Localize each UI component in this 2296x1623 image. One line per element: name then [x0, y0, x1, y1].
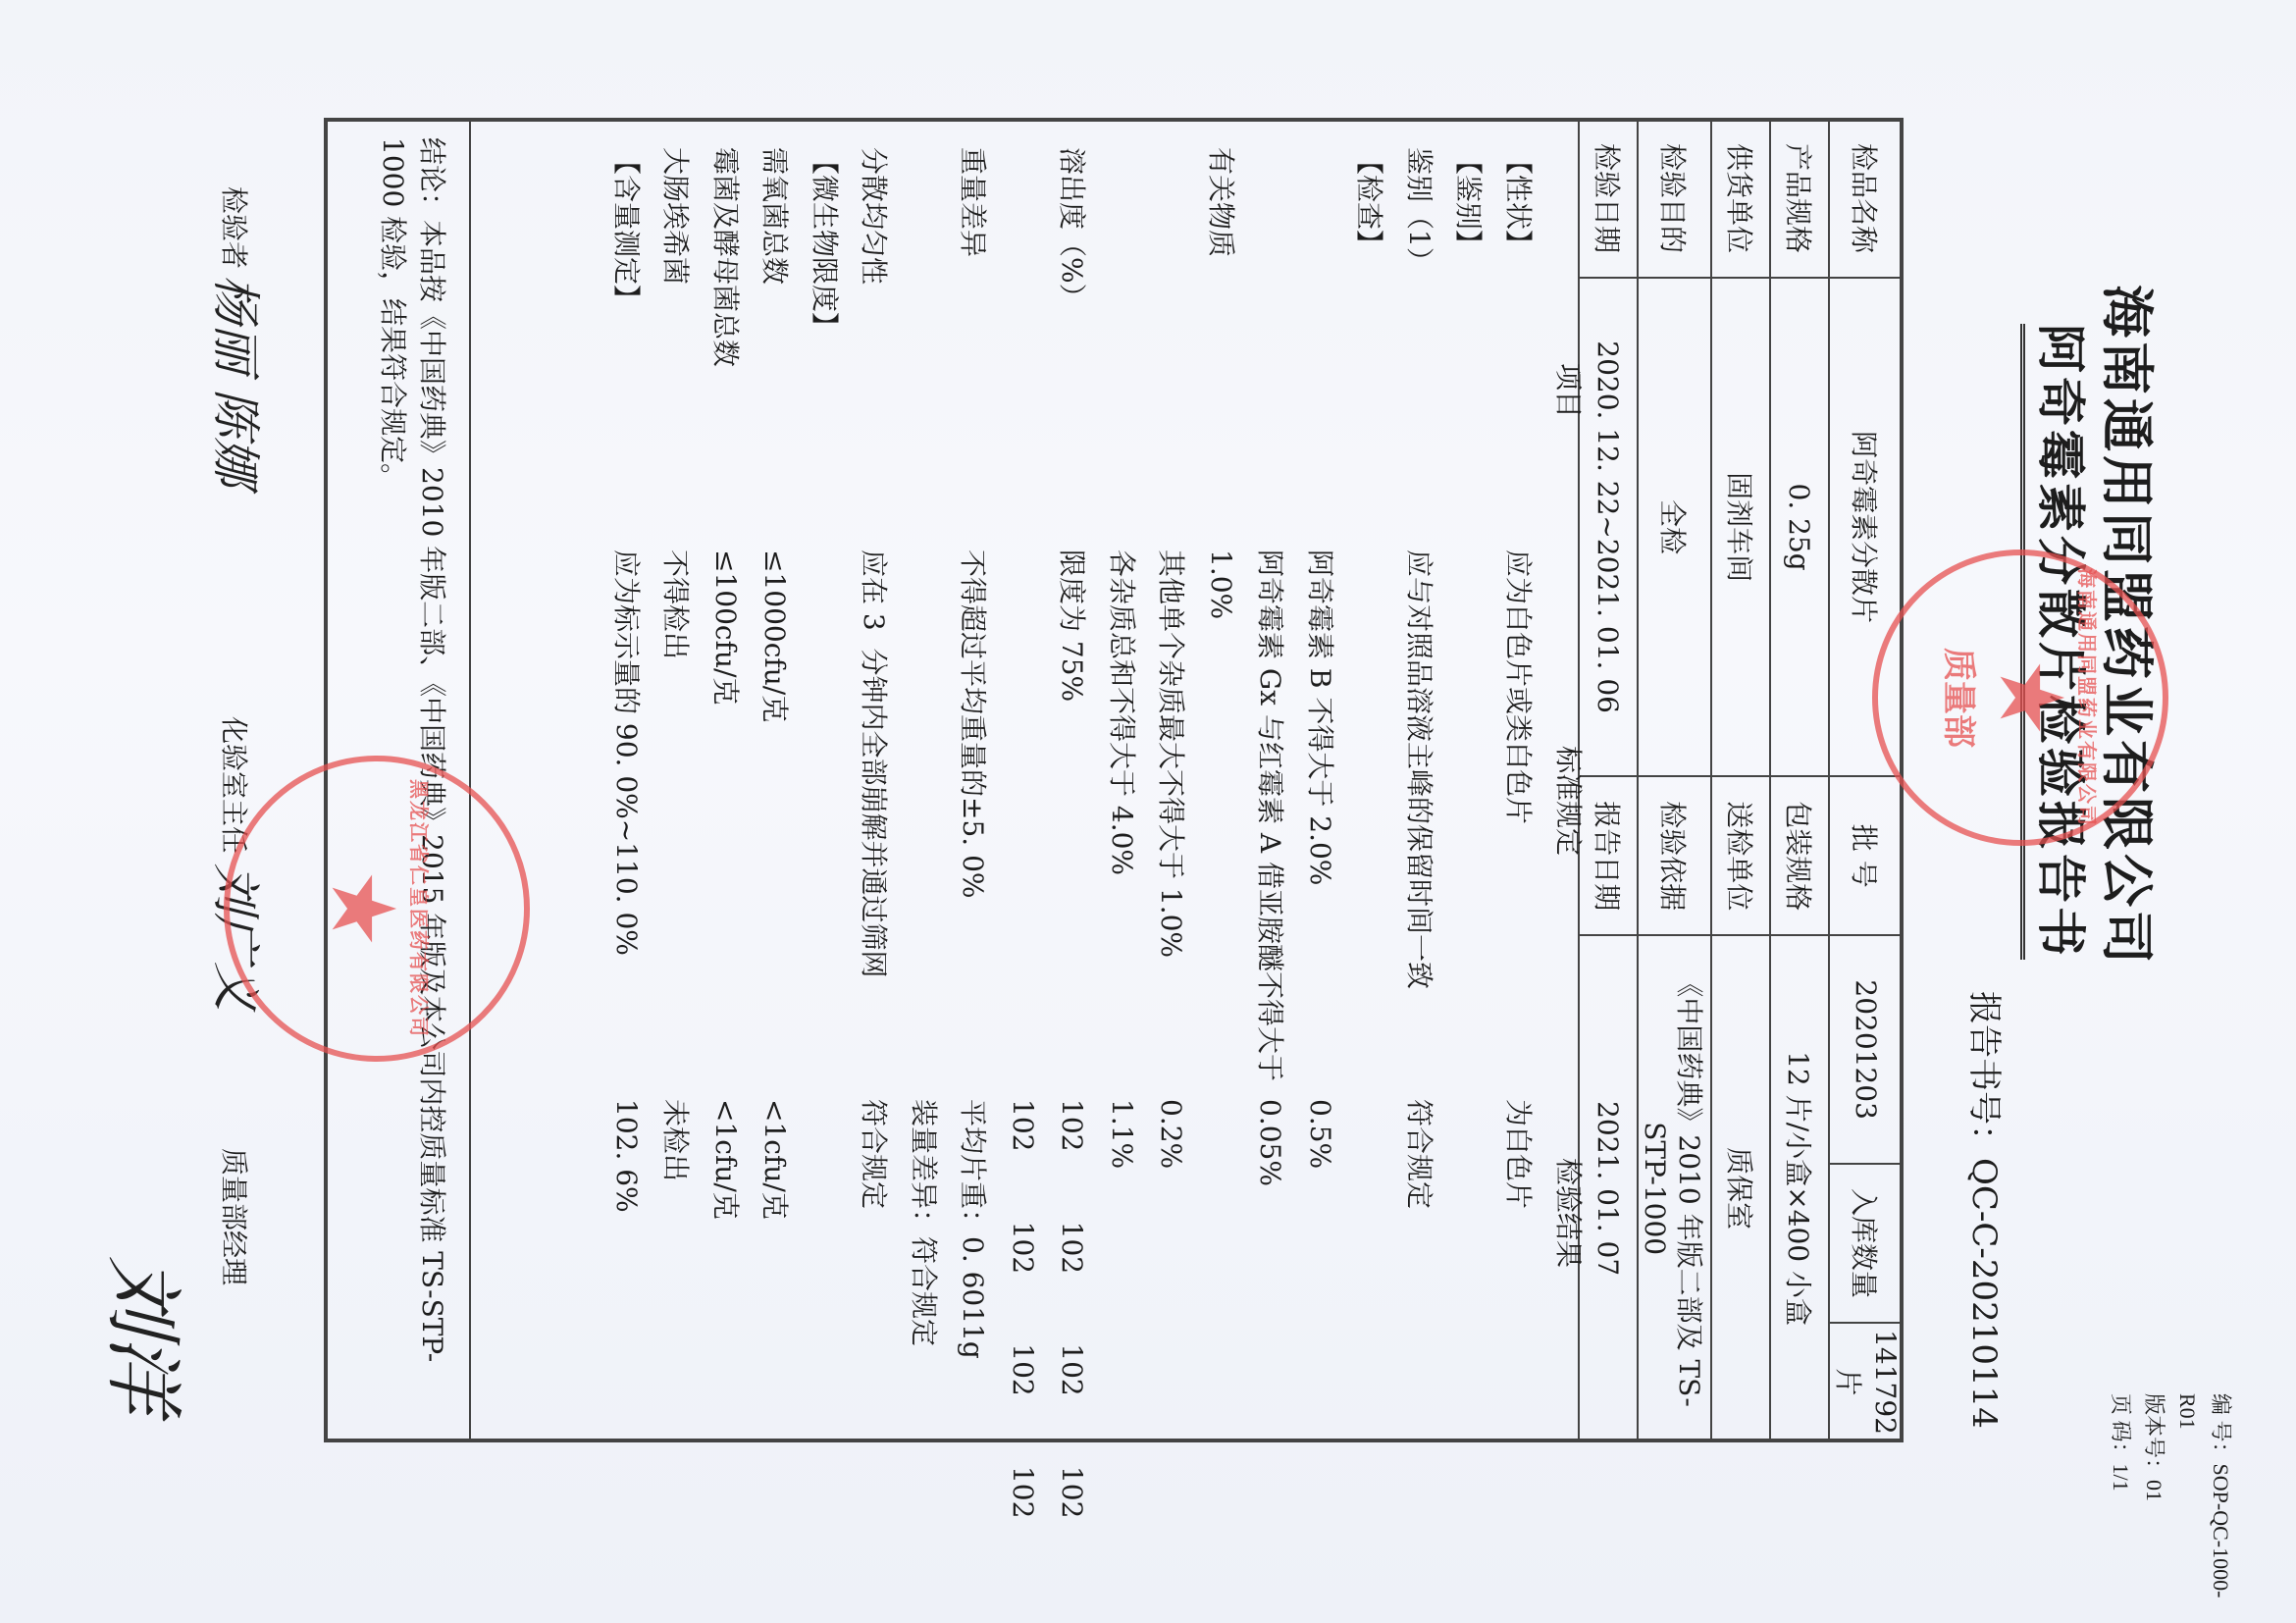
result-standard: 不得超过平均重量的±5. 0% [956, 550, 991, 899]
result-item: 重量差异 [956, 147, 991, 257]
info-label: 供货单位 [1711, 119, 1770, 278]
result-standard: 各杂质总和不得大于 4.0% [1104, 550, 1139, 875]
result-item: 有关物质 [1203, 147, 1238, 257]
result-item: 需氧菌总数 [757, 147, 793, 285]
doc-meta: 编 号：SOP-QC-1000-R01 版本号：01 页 码：1/1 [2104, 1393, 2237, 1623]
info-label: 检验目的 [1638, 119, 1711, 278]
qa-manager-signature: 刘洋 [93, 1256, 206, 1413]
result-value: <1cfu/克 [757, 1099, 793, 1220]
report-page: 编 号：SOP-QC-1000-R01 版本号：01 页 码：1/1 海南通用同… [0, 0, 2296, 1623]
info-row: 供货单位 固剂车间 送检单位 质保室 [1711, 119, 1770, 1441]
result-standard: ≤1000cfu/克 [757, 550, 793, 722]
supplier: 固剂车间 [1711, 278, 1770, 776]
result-standard: ≤100cfu/克 [707, 550, 743, 705]
info-label: 产品规格 [1770, 119, 1829, 278]
result-value: 1.1% [1104, 1099, 1139, 1169]
distributor-stamp: 黑龙江省仁皇医药有限公司 ★ [224, 756, 530, 1062]
version: 01 [2142, 1480, 2166, 1501]
info-row: 检验目的 全检 检验依据 《中国药典》2010 年版二部及 TS-STP-100… [1638, 119, 1711, 1441]
result-value: 102. 6% [608, 1099, 644, 1213]
submitting-unit: 质保室 [1711, 935, 1770, 1441]
result-item: 溶出度（%） [1055, 147, 1090, 311]
result-standard: 其他单个杂质最大不得大于 1.0% [1154, 550, 1189, 958]
result-value: 为白色片 [1500, 1099, 1536, 1209]
conclusion-divider [469, 118, 471, 1442]
result-item: 【检查】 [1352, 147, 1387, 257]
result-value: 未检出 [658, 1099, 694, 1181]
result-item: 大肠埃希菌 [658, 147, 694, 285]
stamp-department: 质量部 [1938, 648, 1986, 748]
product-spec: 0. 25g [1770, 278, 1829, 776]
info-label: 入库数量 [1829, 1164, 1903, 1323]
result-value: 0.05% [1253, 1099, 1288, 1186]
result-value: 102 102 102 102 [1055, 1099, 1090, 1518]
report-number: 报告书号：QC-C-20210114 [1963, 991, 2011, 1429]
info-label: 批 号 [1829, 776, 1903, 935]
result-value: 符合规定 [857, 1099, 892, 1209]
info-label: 包装规格 [1770, 776, 1829, 935]
result-standard: 应为白色片或类白色片 [1500, 550, 1536, 824]
report-number-label: 报告书号： [1964, 991, 2004, 1158]
result-item: 【含量测定】 [608, 147, 644, 312]
result-value: 装量差异：符合规定 [906, 1099, 941, 1346]
info-label: 检验依据 [1638, 776, 1711, 935]
inspector-label: 检验者 [216, 186, 255, 269]
info-table: 检品名称 阿奇霉素分散片 批 号 20201203 入库数量 141792 片 … [1578, 118, 1904, 1442]
doc-code-label: 编 号： [2209, 1393, 2233, 1464]
test-purpose: 全检 [1638, 278, 1711, 776]
result-standard: 应与对照品溶液主峰的保留时间一致 [1401, 550, 1436, 989]
info-label: 检验日期 [1579, 119, 1638, 278]
inspector-signature: 杨丽 陈娜 [204, 275, 275, 487]
result-item: 【性状】 [1500, 147, 1536, 257]
result-value: 0.5% [1302, 1099, 1337, 1169]
result-value: <1cfu/克 [707, 1099, 743, 1220]
col-header-item: 项目 [1550, 363, 1590, 418]
result-value: 102 102 102 102 [1005, 1099, 1040, 1518]
result-standard: 阿奇霉素 Gx 与红霉素 A 借亚胺醚不得大于 [1253, 550, 1288, 1081]
result-item: 霉菌及酵母菌总数 [707, 147, 743, 367]
result-item: 【微生物限度】 [807, 147, 842, 340]
version-label: 版本号： [2142, 1393, 2166, 1480]
result-item: 鉴别（1） [1401, 147, 1436, 275]
result-item: 分散均匀性 [857, 147, 892, 285]
report-number-value: QC-C-20210114 [1964, 1158, 2004, 1429]
test-date: 2020. 12. 22~2021. 01. 06 [1579, 278, 1638, 776]
stock-quantity: 141792 片 [1829, 1323, 1903, 1441]
star-icon: ★ [1986, 658, 2074, 738]
result-value: 平均片重：0. 6011g [956, 1099, 991, 1359]
batch-number: 20201203 [1829, 935, 1903, 1164]
result-standard: 限度为 75% [1055, 550, 1090, 702]
result-value: 符合规定 [1401, 1099, 1436, 1209]
result-standard: 应为标示量的 90. 0%~110. 0% [608, 550, 644, 956]
result-item: 【鉴别】 [1451, 147, 1487, 257]
star-icon: ★ [319, 869, 407, 949]
info-label: 送检单位 [1711, 776, 1770, 935]
test-basis: 《中国药典》2010 年版二部及 TS-STP-1000 [1638, 935, 1711, 1441]
result-standard: 1.0% [1203, 550, 1238, 619]
result-standard: 阿奇霉素 B 不得大于 2.0% [1302, 550, 1337, 885]
package-spec: 12 片/小盒×400 小盒 [1770, 935, 1829, 1441]
page-label: 页 码： [2109, 1393, 2133, 1464]
col-header-result: 检验结果 [1550, 1158, 1590, 1268]
page-number: 1/1 [2109, 1464, 2133, 1492]
info-row: 产品规格 0. 25g 包装规格 12 片/小盒×400 小盒 [1770, 119, 1829, 1441]
info-row: 检品名称 阿奇霉素分散片 批 号 20201203 入库数量 141792 片 [1829, 119, 1903, 1441]
info-label: 检品名称 [1829, 119, 1903, 278]
result-value: 0.2% [1154, 1099, 1189, 1169]
result-standard: 应在 3 分钟内全部崩解并通过筛网 [857, 550, 892, 978]
result-standard: 不得检出 [658, 550, 694, 659]
company-stamp: 海南通用同盟药业有限公司 ★ 质量部 [1872, 550, 2168, 846]
qa-manager-label: 质量部经理 [216, 1148, 255, 1285]
col-header-standard: 标准规定 [1550, 746, 1590, 856]
